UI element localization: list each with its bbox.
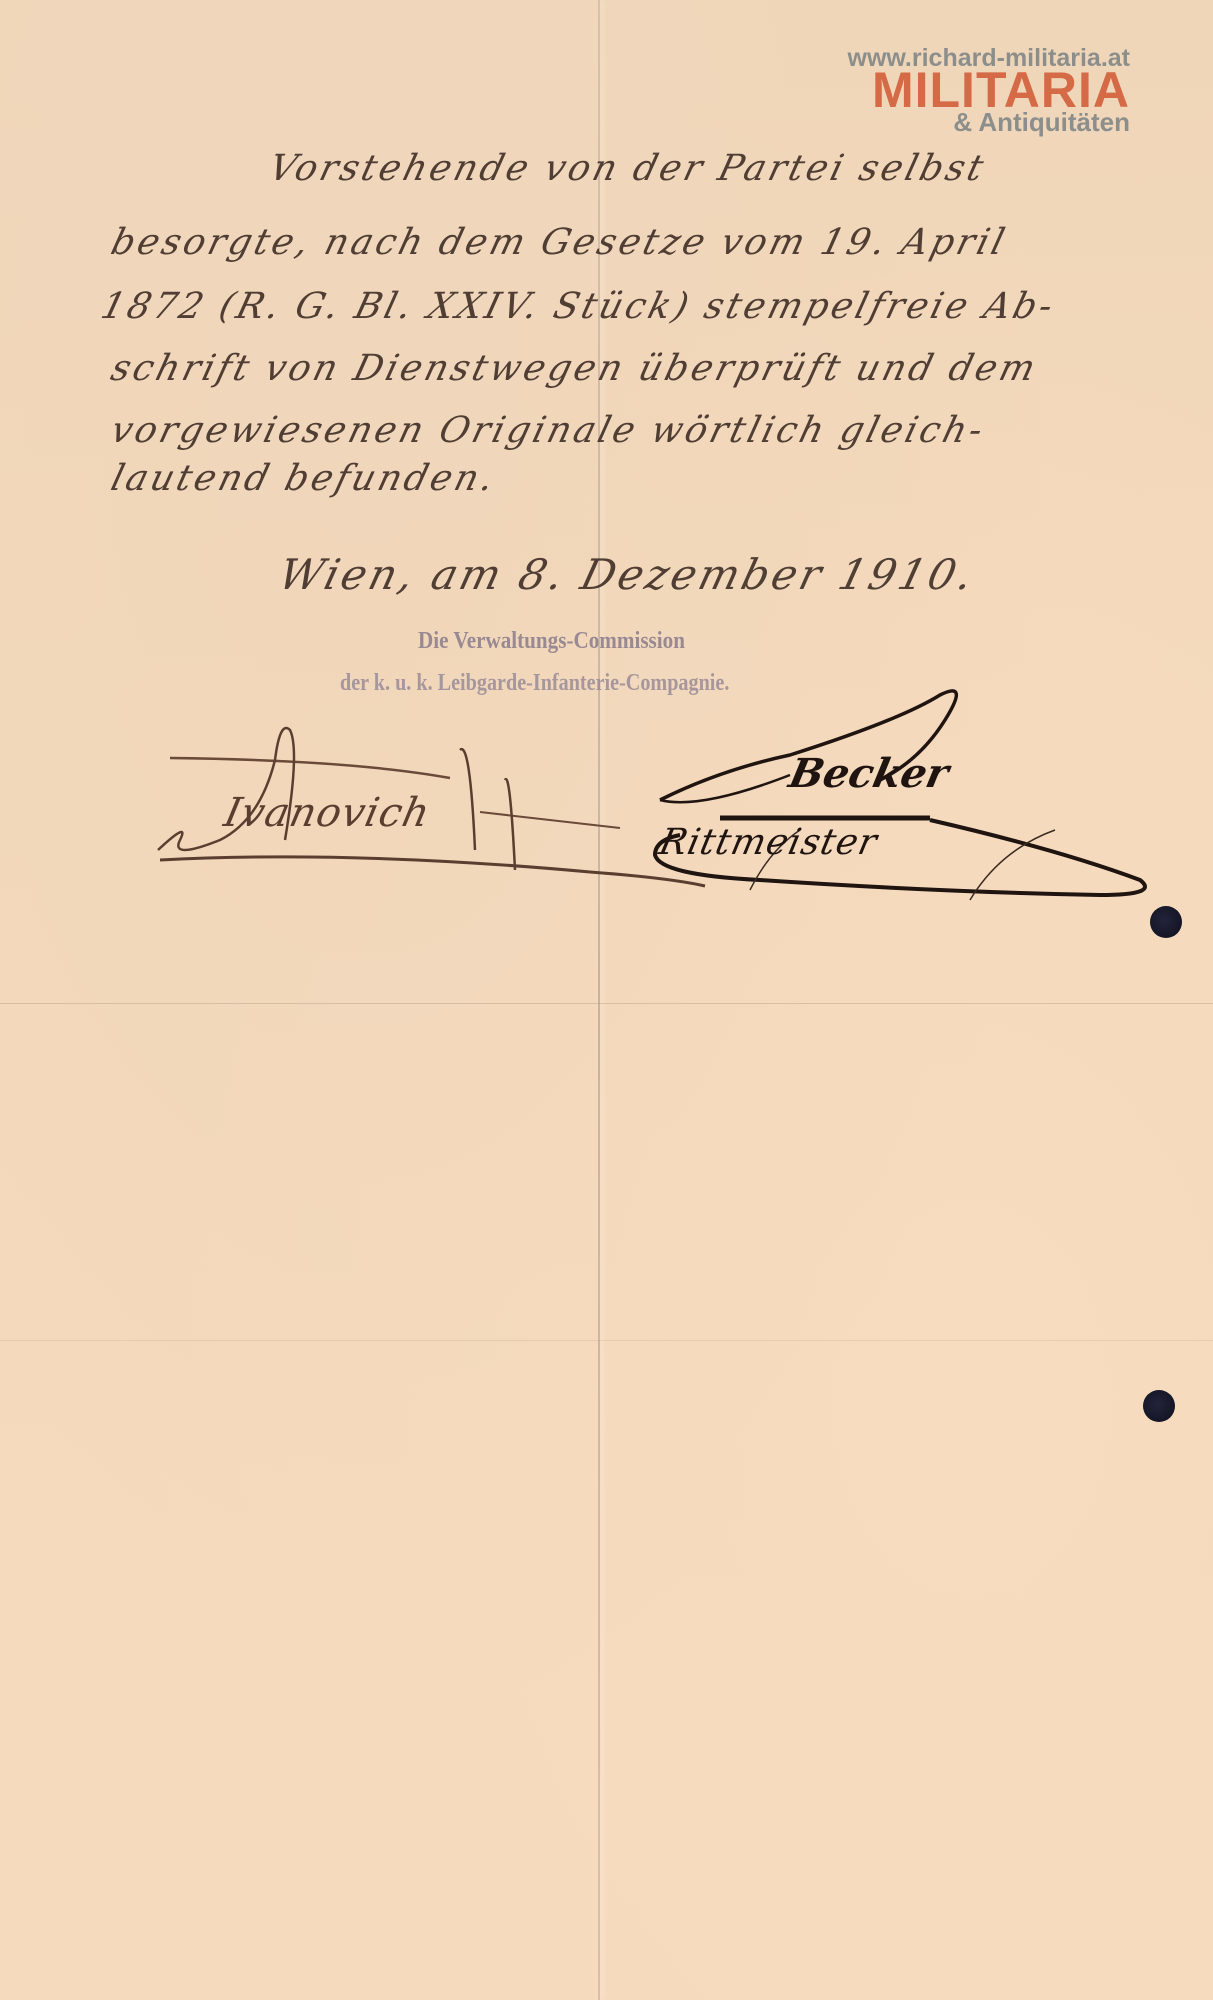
handwritten-line: 1872 (R. G. Bl. XXIV. Stück) stempelfrei… <box>97 286 1060 327</box>
watermark-logo: www.richard-militaria.at MILITARIA & Ant… <box>848 46 1130 135</box>
signature-left: Ivanovich <box>150 700 710 890</box>
horizontal-fold-line <box>0 1003 1213 1004</box>
punch-hole-icon <box>1150 906 1182 938</box>
handwritten-line: besorgte, nach dem Gesetze vom 19. April <box>107 222 1012 263</box>
place-date-line: Wien, am 8. Dezember 1910. <box>274 550 981 599</box>
signature-right-name: Becker <box>785 750 953 797</box>
signature-loop-icon <box>640 680 1180 920</box>
horizontal-fold-line <box>0 1340 1213 1341</box>
handwritten-line: vorgewiesenen Originale wörtlich gleich- <box>107 410 990 451</box>
signature-right-title: Rittmeister <box>656 822 882 863</box>
signature-left-text: Ivanovich <box>220 790 434 836</box>
handwritten-line: lautend befunden. <box>107 458 501 499</box>
signature-right: Becker Rittmeister <box>640 680 1180 920</box>
handwritten-line: Vorstehende von der Partei selbst <box>265 148 990 189</box>
stamp-line-commission: Die Verwaltungs-Commission <box>418 628 685 655</box>
document-page: www.richard-militaria.at MILITARIA & Ant… <box>0 0 1213 2000</box>
punch-hole-icon <box>1143 1390 1175 1422</box>
handwritten-line: schrift von Dienstwegen überprüft und de… <box>107 348 1042 389</box>
